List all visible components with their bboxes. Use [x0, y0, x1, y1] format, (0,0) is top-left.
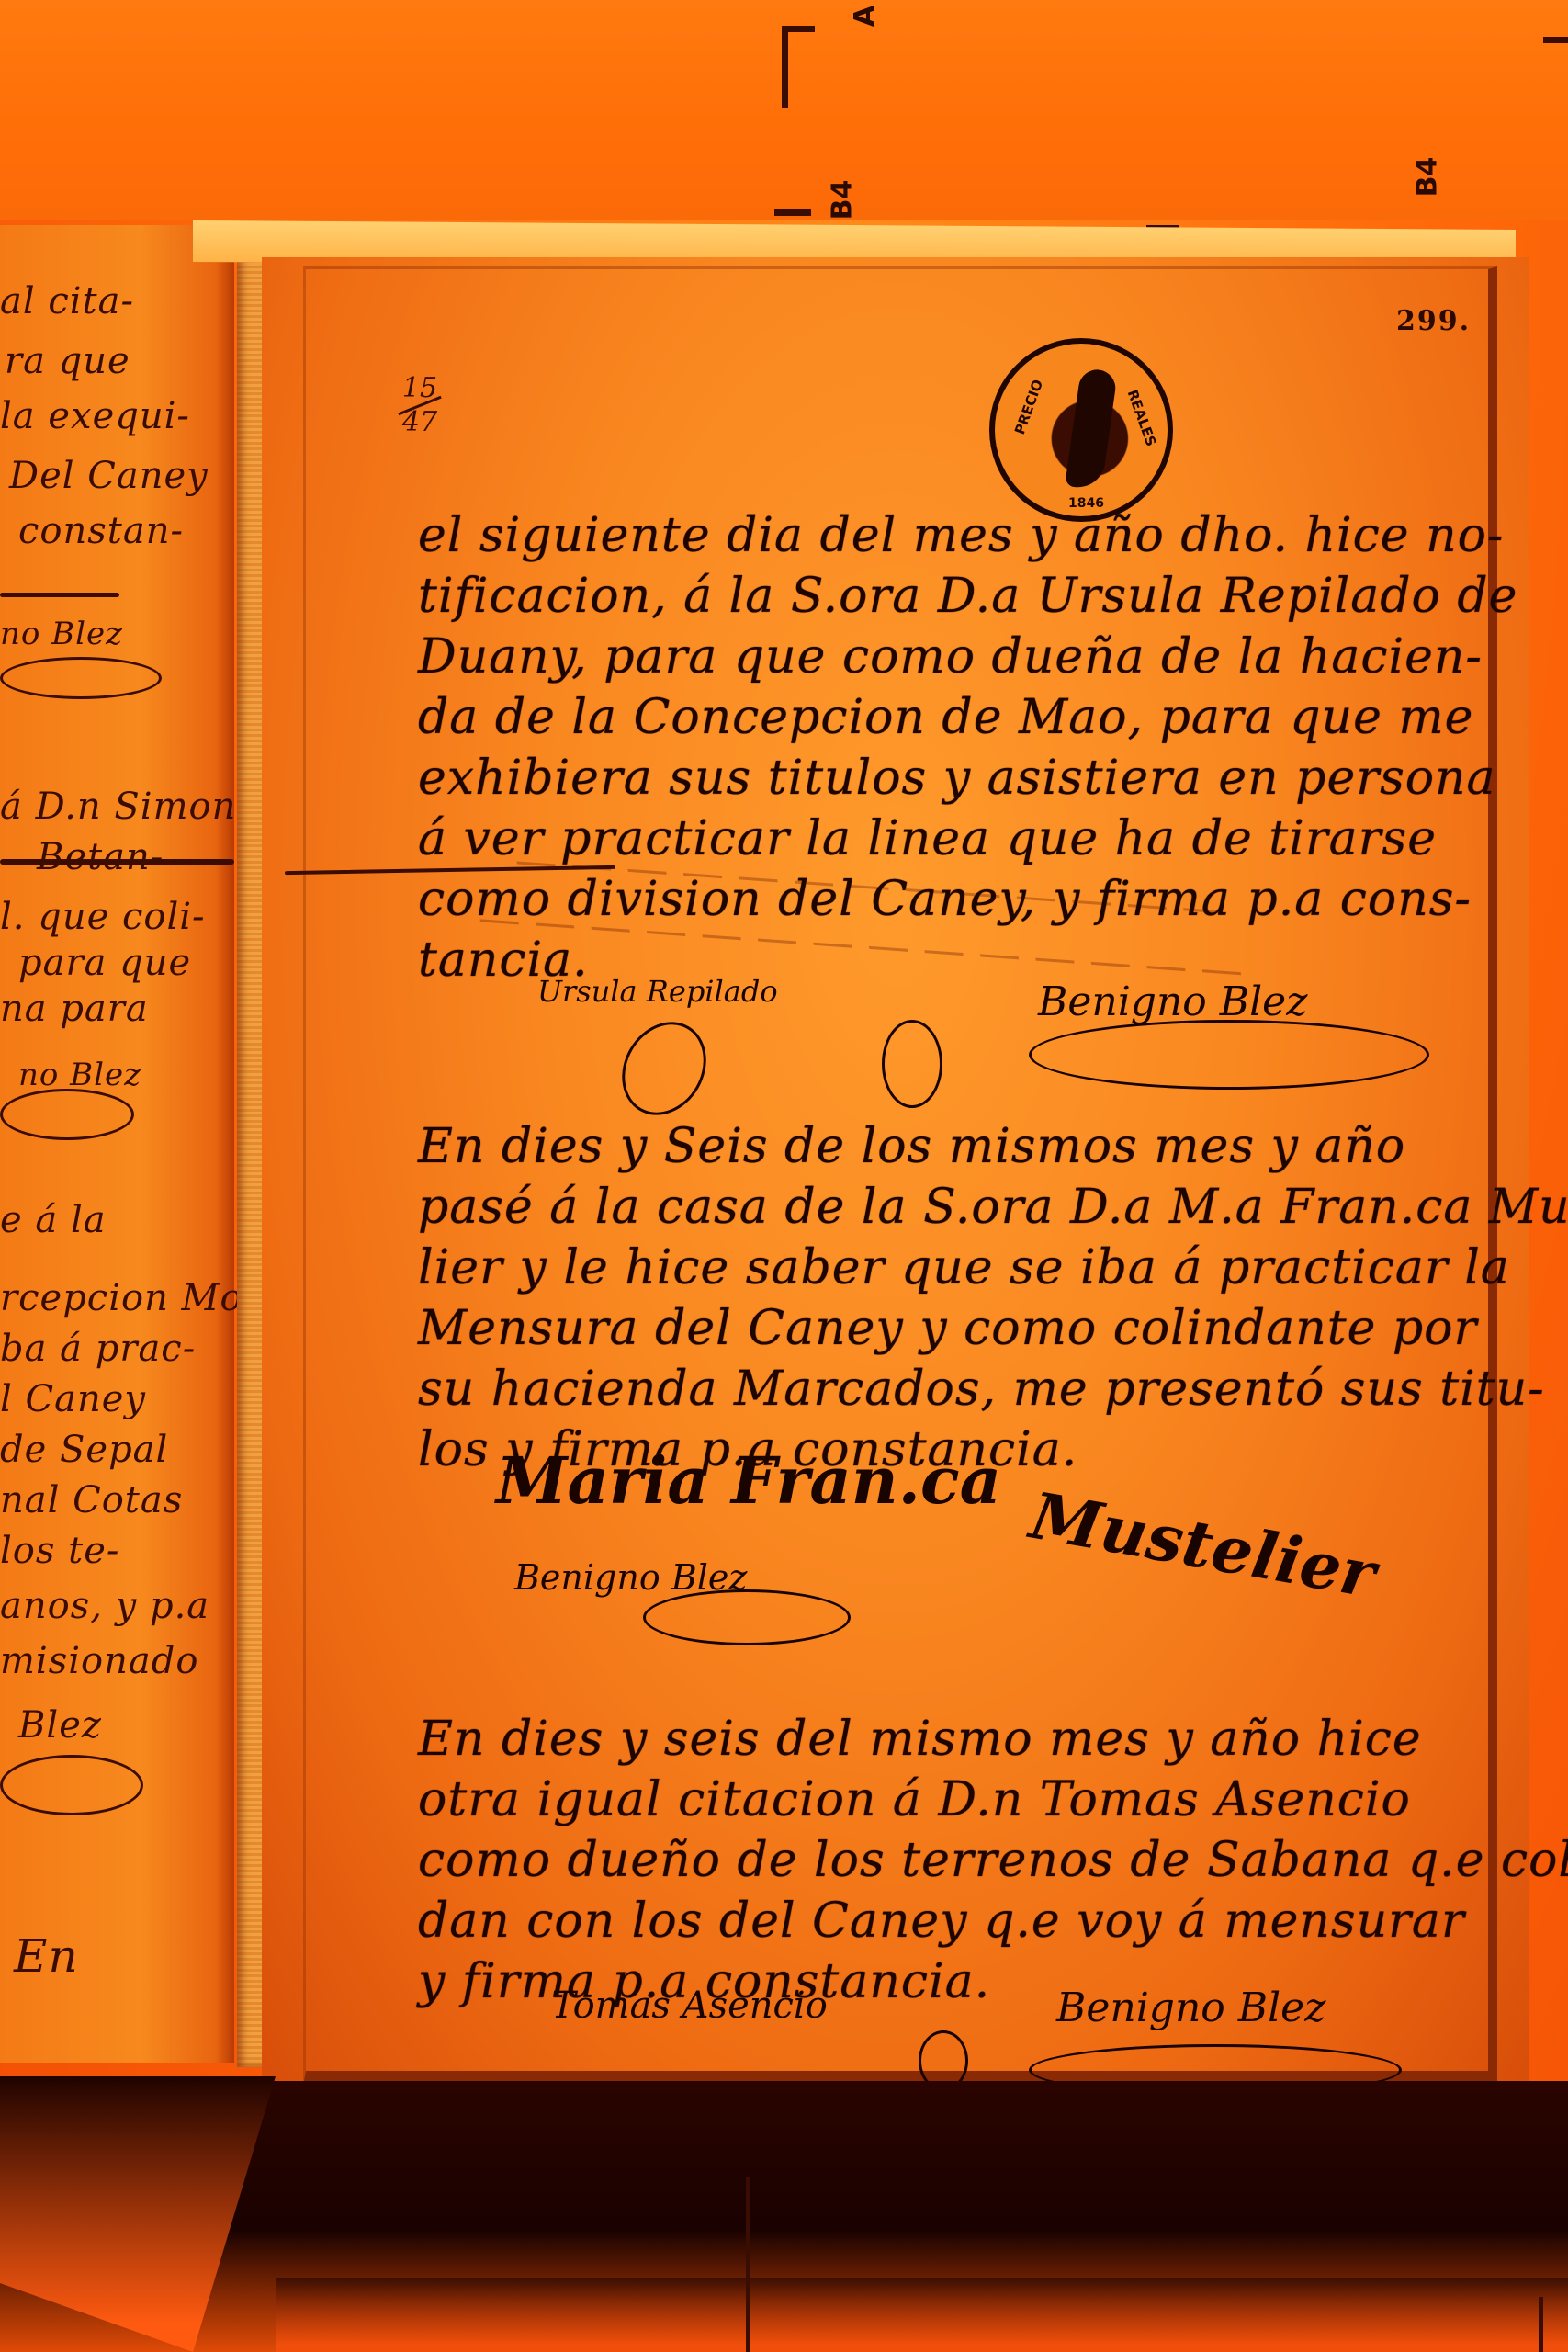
left-page-line: constan- [18, 510, 184, 552]
crop-mark-top-left-vertical [782, 26, 788, 108]
rubric-flourish [643, 1589, 851, 1645]
signature-tomas-asencio: Tomas Asencio [551, 1984, 828, 2027]
left-page-line: Blez [18, 1704, 102, 1747]
manuscript-line: exhibiera sus titulos y asistiera en per… [418, 748, 1483, 808]
page-number: 299. [1396, 305, 1471, 337]
left-page-line: no Blez [18, 1057, 141, 1093]
archive-label-letter: A [849, 6, 881, 27]
manuscript-line: da de la Concepcion de Mao, para que me [418, 687, 1483, 748]
rubric-flourish [0, 657, 162, 699]
manuscript-line: su hacienda Marcados, me presentó sus ti… [418, 1359, 1483, 1419]
left-page-line: la exequi- [0, 395, 190, 437]
archive-label-b4-left: B4 [826, 180, 858, 220]
left-page-line: Del Caney [9, 455, 209, 497]
left-page-line: Betan- [37, 836, 164, 878]
ink-stroke [0, 859, 234, 865]
manuscript-line: dan con los del Caney q.e voy á mensurar [418, 1891, 1483, 1951]
left-page-line: l. que coli- [0, 896, 206, 938]
rubric-flourish [0, 1089, 134, 1140]
seal-text-right: REALES [1124, 388, 1160, 448]
manuscript-line: En dies y seis del mismo mes y año hice [418, 1709, 1483, 1770]
left-page-line: ra que [5, 340, 130, 382]
manuscript-line: como dueño de los terrenos de Sabana q.e… [418, 1830, 1483, 1891]
signature-benigno-blez: Benigno Blez [1038, 978, 1307, 1025]
manuscript-line: Mensura del Caney y como colindante por [418, 1298, 1483, 1359]
left-page-line: ba á prac- [0, 1328, 196, 1370]
seated-figure-seal-icon: PRECIO REALES 1846 [989, 338, 1173, 522]
left-page-line: na para [0, 988, 149, 1030]
manuscript-line: En dies y Seis de los mismos mes y año [418, 1116, 1483, 1177]
crop-mark-bottom-right [1539, 2297, 1543, 2352]
rubric-flourish [1029, 1020, 1429, 1090]
crop-mark-left-tick [774, 209, 811, 216]
left-page-line: l Caney [0, 1378, 146, 1420]
crop-mark-top-left-horizontal [782, 26, 815, 32]
left-page-line: para que [18, 942, 191, 984]
seal-figure [1065, 367, 1118, 491]
manuscript-line: á ver practicar la linea que ha de tirar… [418, 808, 1483, 869]
manuscript-line: el siguiente dia del mes y año dho. hice… [418, 505, 1483, 566]
crop-mark-top-right [1543, 37, 1568, 43]
manuscript-line: otra igual citacion á D.n Tomas Asencio [418, 1770, 1483, 1830]
manuscript-line: como division del Caney, y firma p.a con… [418, 869, 1483, 930]
seal-text-left: PRECIO [1011, 378, 1046, 437]
left-page-line: no Blez [0, 616, 123, 652]
ink-stroke [0, 593, 119, 597]
signature-maria-francisca: Maria Fran.ca [496, 1442, 1001, 1519]
left-page-line: á D.n Simon [0, 786, 236, 828]
folio-note: 15 47 [397, 375, 443, 436]
manuscript-line: pasé á la casa de la S.ora D.a M.a Fran.… [418, 1177, 1483, 1238]
entry-3: En dies y seis del mismo mes y año hice … [418, 1709, 1483, 2012]
manuscript-line: lier y le hice saber que se iba á practi… [418, 1238, 1483, 1298]
rubric-flourish [882, 1020, 942, 1108]
left-page-line: los te- [0, 1530, 119, 1572]
left-page-line: rcepcion Mo [0, 1277, 243, 1319]
left-page-line: e á la [0, 1199, 107, 1241]
left-page-line: anos, y p.a [0, 1585, 209, 1627]
left-page-line: de Sepal [0, 1429, 168, 1471]
left-page-line: al cita- [0, 280, 134, 322]
left-page-line: misionado [0, 1640, 198, 1682]
signature-ursula-repilado: Ursula Repilado [537, 974, 778, 1009]
left-page-line: nal Cotas [0, 1479, 183, 1521]
left-page-line: En [14, 1929, 79, 1983]
rubric-flourish [0, 1755, 143, 1815]
entry-2: En dies y Seis de los mismos mes y año p… [418, 1116, 1483, 1480]
entry-1: el siguiente dia del mes y año dho. hice… [418, 505, 1483, 990]
signature-benigno-blez: Benigno Blez [1056, 1984, 1325, 2031]
crop-mark-bottom [746, 2177, 750, 2352]
manuscript-line: tificacion, á la S.ora D.a Ursula Repila… [418, 566, 1483, 627]
surface-floor [276, 2278, 1568, 2352]
archive-label-b4-right: B4 [1411, 157, 1443, 198]
left-facing-page: al cita- ra que la exequi- Del Caney con… [0, 225, 234, 2063]
manuscript-line: Duany, para que como dueña de la hacien- [418, 627, 1483, 687]
